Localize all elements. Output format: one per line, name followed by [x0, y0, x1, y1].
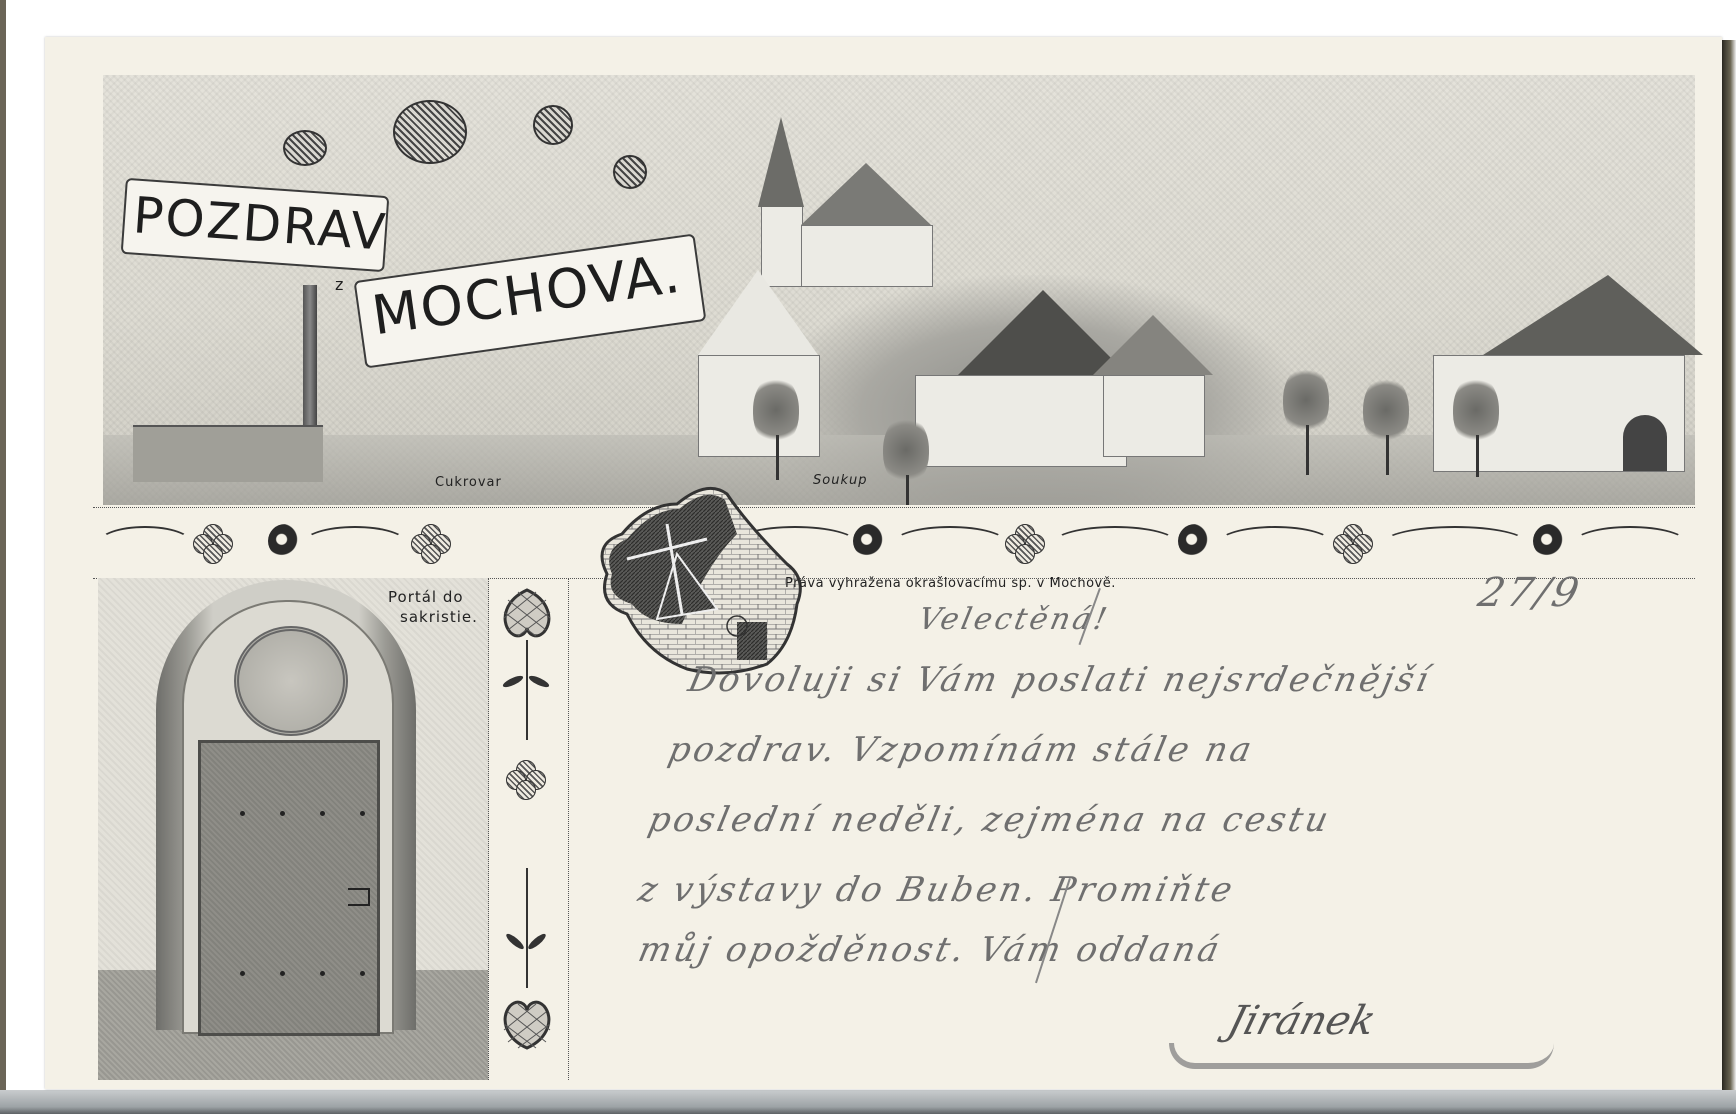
four-petal-flower: [506, 760, 544, 798]
swirl-ornament: [303, 526, 407, 560]
pomegranate-ornament: [1178, 524, 1212, 558]
handwritten-line: z výstavy do Buben. Promiňte: [635, 870, 1239, 910]
flower-ornament: [283, 130, 327, 166]
church-spire: [758, 117, 804, 207]
portal-label-line2: sakristie.: [400, 608, 478, 626]
ornamental-band: [93, 507, 1695, 579]
swirl-ornament: [1053, 526, 1177, 560]
village-illustration: POZDRAV z MOCHOVA. Cukrovar Soukup: [103, 75, 1695, 505]
church-nave: [801, 225, 933, 287]
door-handle: [348, 888, 370, 906]
swirl-ornament: [1383, 526, 1527, 560]
handwritten-date: 27/9: [1474, 570, 1586, 616]
stem: [526, 868, 528, 988]
four-petal-flower: [193, 524, 231, 562]
four-petal-flower: [1005, 524, 1043, 562]
pomegranate-ornament: [1533, 524, 1567, 558]
handwritten-line: Dovoluji si Vám poslati nejsrdečnější: [685, 660, 1435, 700]
flower-ornament: [393, 100, 467, 164]
farmhouse-roof: [1483, 275, 1703, 355]
swirl-ornament: [1573, 526, 1687, 560]
tree-trunk: [1386, 435, 1389, 475]
swirl-ornament: [98, 526, 192, 560]
sugar-factory: [133, 425, 323, 482]
scan-edge-right: [1722, 40, 1736, 1090]
farmhouse-gate: [1623, 415, 1667, 471]
artist-signature: Soukup: [813, 473, 867, 488]
tympanum-relief: [234, 626, 348, 736]
house-3-roof: [1093, 315, 1213, 375]
signature-flourish: [1169, 1043, 1554, 1069]
heart-ornament-bottom: [500, 998, 554, 1052]
pomegranate-ornament: [853, 524, 887, 558]
four-petal-flower: [411, 524, 449, 562]
tree-trunk: [1306, 425, 1309, 475]
church-roof: [801, 163, 931, 225]
title-connector: z: [335, 275, 345, 294]
scan-edge-left: [0, 0, 6, 1114]
house-3: [1103, 375, 1205, 457]
stem: [526, 640, 528, 740]
flower-ornament: [613, 155, 647, 189]
four-petal-flower: [1333, 524, 1371, 562]
swirl-ornament: [893, 526, 1007, 560]
portal-illustration: Portál do sakristie.: [98, 578, 489, 1080]
leaf: [502, 674, 525, 690]
postcard: POZDRAV z MOCHOVA. Cukrovar Soukup: [45, 37, 1722, 1089]
leaf: [504, 932, 525, 952]
house-2: [915, 375, 1127, 467]
scan-edge-bottom: [0, 1090, 1736, 1114]
ornament-column: [488, 578, 569, 1080]
message-area: Práva vyhražena okrašlovacímu sp. v Moch…: [569, 578, 1719, 1080]
pomegranate-ornament: [268, 524, 302, 558]
tree-trunk: [906, 475, 909, 505]
portal-label-line1: Portál do: [388, 588, 464, 606]
leaf: [528, 674, 551, 690]
flower-ornament: [533, 105, 573, 145]
handwritten-line: poslední neděli, zejména na cestu: [645, 800, 1335, 840]
swirl-ornament: [1218, 526, 1332, 560]
house-gable-1-top: [698, 270, 818, 355]
heart-ornament-top: [500, 586, 554, 640]
label-cukrovar: Cukrovar: [435, 475, 502, 490]
tree-trunk: [1476, 435, 1479, 477]
publisher-credit: Práva vyhražena okrašlovacímu sp. v Moch…: [785, 576, 1116, 591]
handwritten-signature: Jiránek: [1223, 998, 1381, 1044]
handwritten-line: pozdrav. Vzpomínám stále na: [665, 730, 1258, 770]
handwritten-line: můj opožděnost. Vám oddaná: [635, 930, 1226, 970]
leaf: [526, 932, 547, 952]
